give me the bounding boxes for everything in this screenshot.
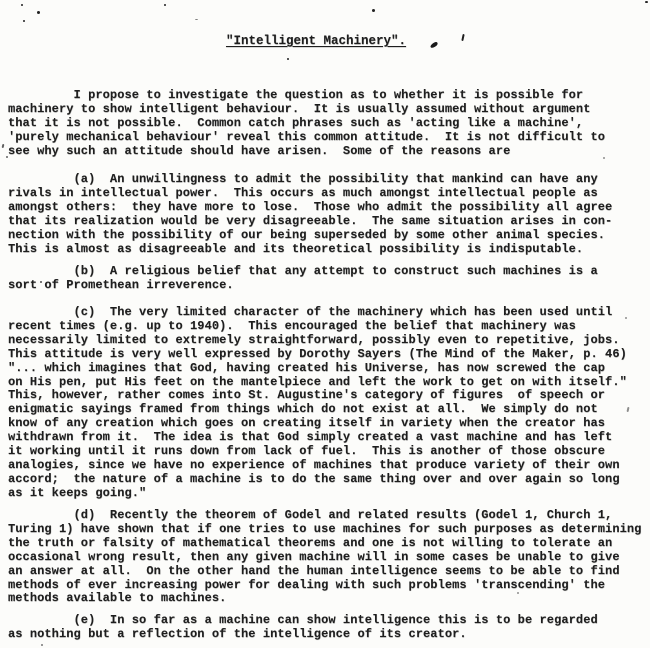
- paragraph-item-b: (b) A religious belief that any attempt …: [8, 265, 598, 293]
- scan-speck: [625, 317, 627, 319]
- paragraph-item-c: (c) The very limited character of the ma…: [8, 306, 627, 501]
- paragraph-item-a: (a) An unwillingness to admit the possib…: [8, 173, 612, 256]
- paragraph-item-e: (e) In so far as a machine can show inte…: [8, 614, 598, 642]
- document-page: "Intelligent Machinery". I propose to in…: [0, 0, 650, 648]
- scan-speck: [41, 644, 43, 646]
- scan-speck: [37, 11, 40, 14]
- scan-speck: [645, 1, 648, 3]
- scan-speck: [603, 157, 605, 159]
- document-title: "Intelligent Machinery".: [0, 34, 641, 48]
- scan-speck: [6, 156, 8, 158]
- scan-speck: [2, 144, 5, 148]
- paragraph-item-d: (d) Recently the theorem of Godel and re…: [8, 509, 641, 606]
- paragraph-intro: I propose to investigate the question as…: [8, 89, 605, 159]
- scan-speck: [23, 20, 25, 22]
- scan-speck: [517, 592, 519, 594]
- scan-speck: [287, 58, 289, 60]
- scan-speck: [195, 19, 198, 20]
- scan-speck: [164, 4, 166, 6]
- scan-speck: [40, 281, 42, 283]
- scan-speck: [372, 9, 375, 12]
- scan-speck: [21, 4, 23, 6]
- scan-speck: [627, 407, 630, 412]
